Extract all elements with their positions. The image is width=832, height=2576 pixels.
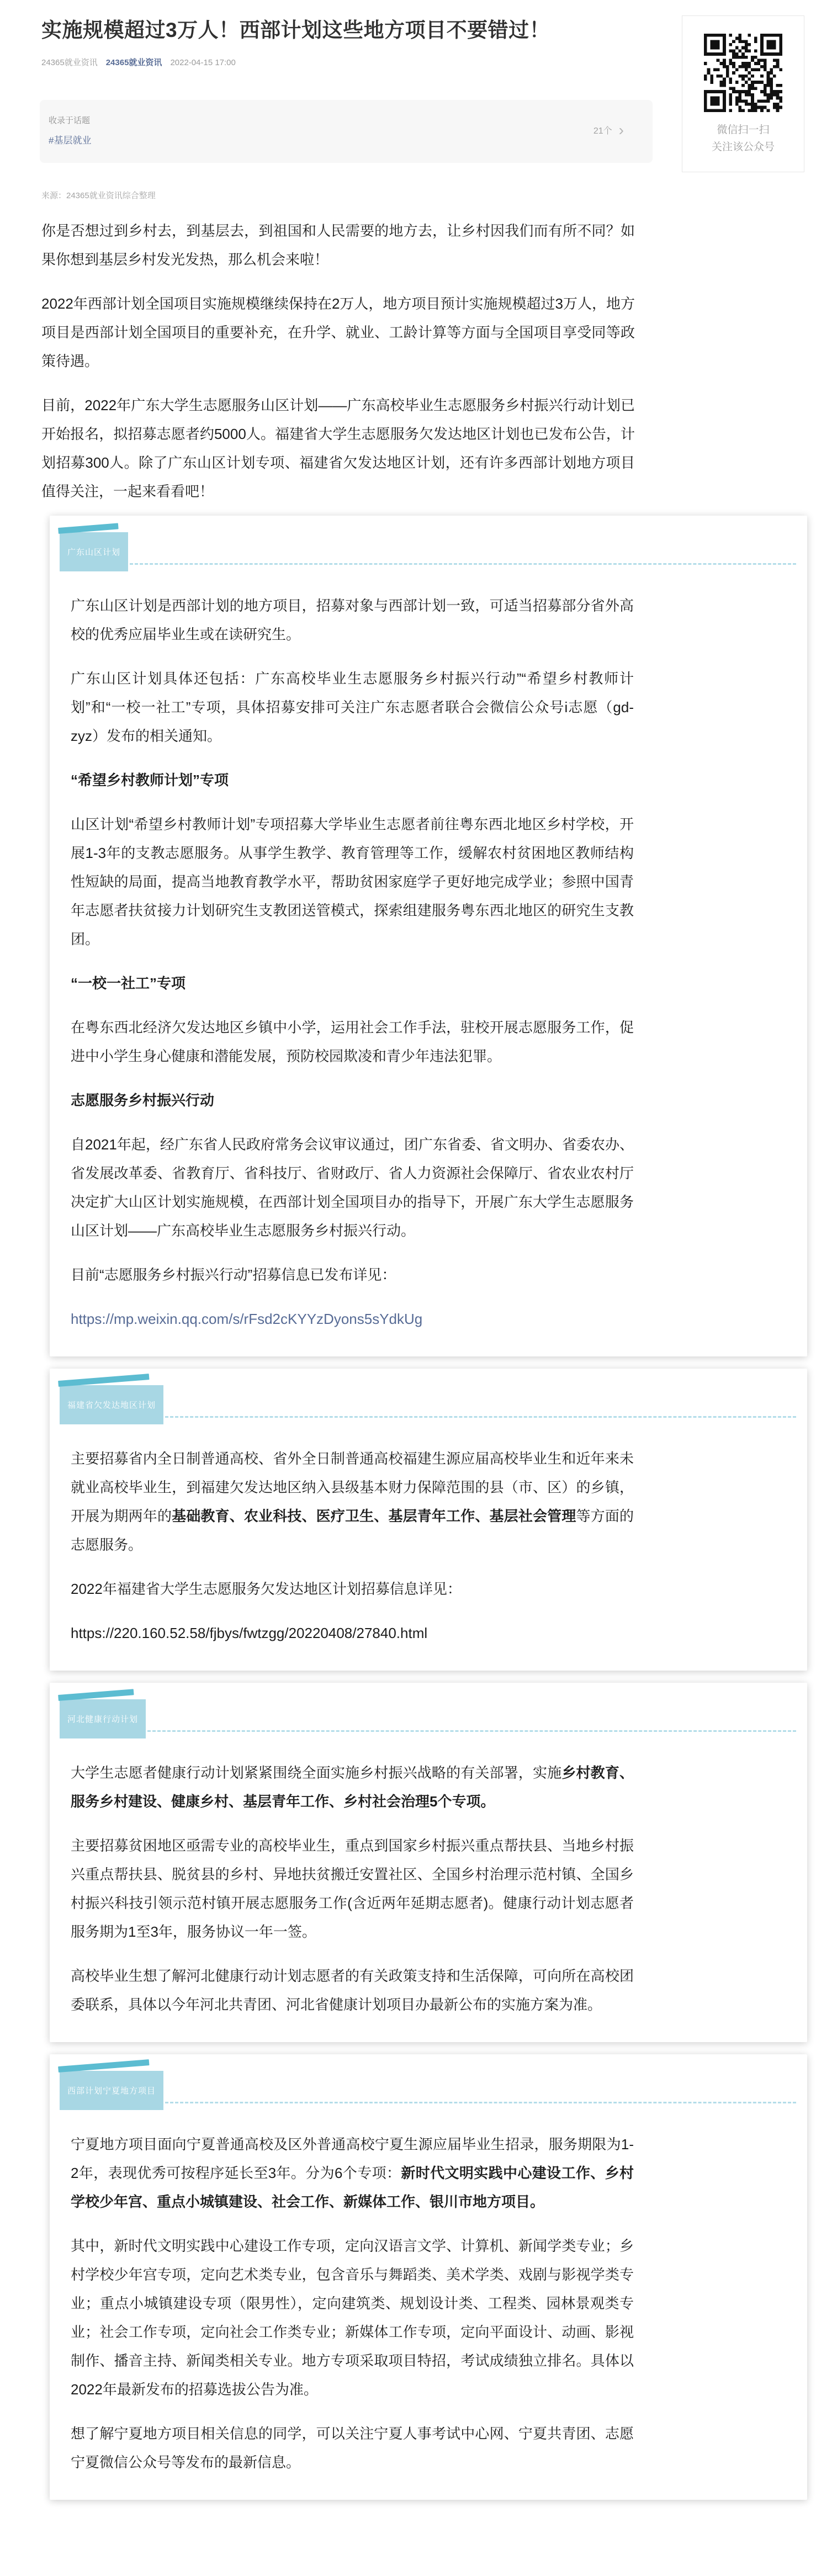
info-card: 西部计划宁夏地方项目宁夏地方项目面向宁夏普通高校及区外普通高校宁夏生源应届毕业生… [50,2054,807,2500]
card-title: 河北健康行动计划 [67,1713,138,1725]
paragraph: 2022年福建省大学生志愿服务欠发达地区计划招募信息详见： [71,1575,634,1603]
card-title: 福建省欠发达地区计划 [67,1399,156,1411]
sub-heading: “一校一社工”专项 [71,969,634,998]
sub-heading: “希望乡村教师计划”专项 [71,766,634,794]
info-card: 广东山区计划广东山区计划是西部计划的地方项目，招募对象与西部计划一致，可适当招募… [50,516,807,1356]
paragraph: 目前“志愿服务乡村振兴行动”招募信息已发布详见： [71,1260,634,1289]
ribbon-fold-icon [58,1374,150,1387]
article-meta: 24365就业资讯 24365就业资讯 2022-04-15 17:00 [41,56,638,68]
paragraph: 主要招募贫困地区亟需专业的高校毕业生，重点到国家乡村振兴重点帮扶县、当地乡村振兴… [71,1831,634,1946]
paragraph: 目前，2022年广东大学生志愿服务山区计划——广东高校毕业生志愿服务乡村振兴行动… [41,391,635,506]
topic-tag-link[interactable]: #基层就业 [49,132,91,146]
qr-caption-line2: 关注该公众号 [682,139,804,156]
info-card: 福建省欠发达地区计划主要招募省内全日制普通高校、省外全日制普通高校福建生源应届高… [50,1369,807,1671]
card-ribbon-row: 西部计划宁夏地方项目 [60,2071,796,2110]
card-title: 广东山区计划 [67,546,120,558]
dashed-divider [147,1730,796,1732]
paragraph: 山区计划“希望乡村教师计划”专项招募大学毕业生志愿者前往粤东西北地区乡村学校，开… [71,810,634,953]
paragraph: 其中，新时代文明实践中心建设工作专项，定向汉语言文学、计算机、新闻学类专业；乡村… [71,2232,634,2404]
card-ribbon-row: 广东山区计划 [60,532,796,571]
info-card: 河北健康行动计划大学生志愿者健康行动计划紧紧围绕全面实施乡村振兴战略的有关部署，… [50,1683,807,2042]
paragraph: 广东山区计划是西部计划的地方项目，招募对象与西部计划一致，可适当招募部分省外高校… [71,591,634,649]
chevron-right-icon[interactable]: › [619,126,624,135]
card-ribbon: 福建省欠发达地区计划 [60,1385,163,1424]
author-name: 24365就业资讯 [41,56,98,68]
paragraph: 在粤东西北经济欠发达地区乡镇中小学，运用社会工作手法，驻校开展志愿服务工作，促进… [71,1013,634,1070]
dashed-divider [165,1416,796,1418]
cards: 广东山区计划广东山区计划是西部计划的地方项目，招募对象与西部计划一致，可适当招募… [50,516,807,2500]
paragraph: 自2021年起，经广东省人民政府常务会议审议通过，团广东省委、省文明办、省委农办… [71,1130,634,1245]
ribbon-fold-icon [58,2059,150,2073]
qr-code-icon [704,34,782,112]
article: 实施规模超过3万人！西部计划这些地方项目不要错过！ 24365就业资讯 2436… [41,0,638,2512]
topic-count: 21个 [593,124,612,136]
paragraph: 宁夏地方项目面向宁夏普通高校及区外普通高校宁夏生源应届毕业生招录，服务期限为1-… [71,2130,634,2216]
qr-follow-panel: 微信扫一扫 关注该公众号 [682,15,804,172]
paragraph: 广东山区计划具体还包括：广东高校毕业生志愿服务乡村振兴行动”“希望乡村教师计划”… [71,664,634,750]
plain-url-text: https://220.160.52.58/fjbys/fwtzgg/20220… [71,1619,634,1647]
paragraph: 你是否想过到乡村去，到基层去，到祖国和人民需要的地方去，让乡村因我们而有所不同？… [41,216,635,274]
paragraph: 2022年西部计划全国项目实施规模继续保持在2万人，地方项目预计实施规模超过3万… [41,289,635,375]
source-line: 来源：24365就业资讯综合整理 [41,189,638,201]
qr-caption-line1: 微信扫一扫 [682,121,804,139]
card-ribbon: 河北健康行动计划 [60,1699,146,1738]
card-ribbon: 广东山区计划 [60,532,128,571]
card-title: 西部计划宁夏地方项目 [67,2085,156,2096]
card-ribbon: 西部计划宁夏地方项目 [60,2071,163,2110]
topic-label: 收录于话题 [49,114,91,126]
sub-heading: 志愿服务乡村振兴行动 [71,1086,634,1115]
card-ribbon-row: 河北健康行动计划 [60,1699,796,1738]
article-link[interactable]: https://mp.weixin.qq.com/s/rFsd2cKYYzDyo… [71,1305,634,1333]
paragraph: 高校毕业生想了解河北健康行动计划志愿者的有关政策支持和生活保障，可向所在高校团委… [71,1962,634,2019]
intro-paragraphs: 你是否想过到乡村去，到基层去，到祖国和人民需要的地方去，让乡村因我们而有所不同？… [41,216,635,506]
ribbon-fold-icon [58,1689,134,1701]
ribbon-fold-icon [58,523,119,534]
dashed-divider [165,2102,796,2103]
official-account-link[interactable]: 24365就业资讯 [106,56,162,68]
paragraph: 主要招募省内全日制普通高校、省外全日制普通高校福建生源应届高校毕业生和近年来未就… [71,1444,634,1559]
topic-collection-box[interactable]: 收录于话题 #基层就业 21个 › [40,100,653,163]
publish-time: 2022-04-15 17:00 [170,58,235,67]
dashed-divider [130,563,796,565]
card-ribbon-row: 福建省欠发达地区计划 [60,1385,796,1424]
article-title: 实施规模超过3万人！西部计划这些地方项目不要错过！ [41,17,638,44]
paragraph: 想了解宁夏地方项目相关信息的同学，可以关注宁夏人事考试中心网、宁夏共青团、志愿宁… [71,2419,634,2477]
paragraph: 大学生志愿者健康行动计划紧紧围绕全面实施乡村振兴战略的有关部署，实施乡村教育、服… [71,1758,634,1816]
